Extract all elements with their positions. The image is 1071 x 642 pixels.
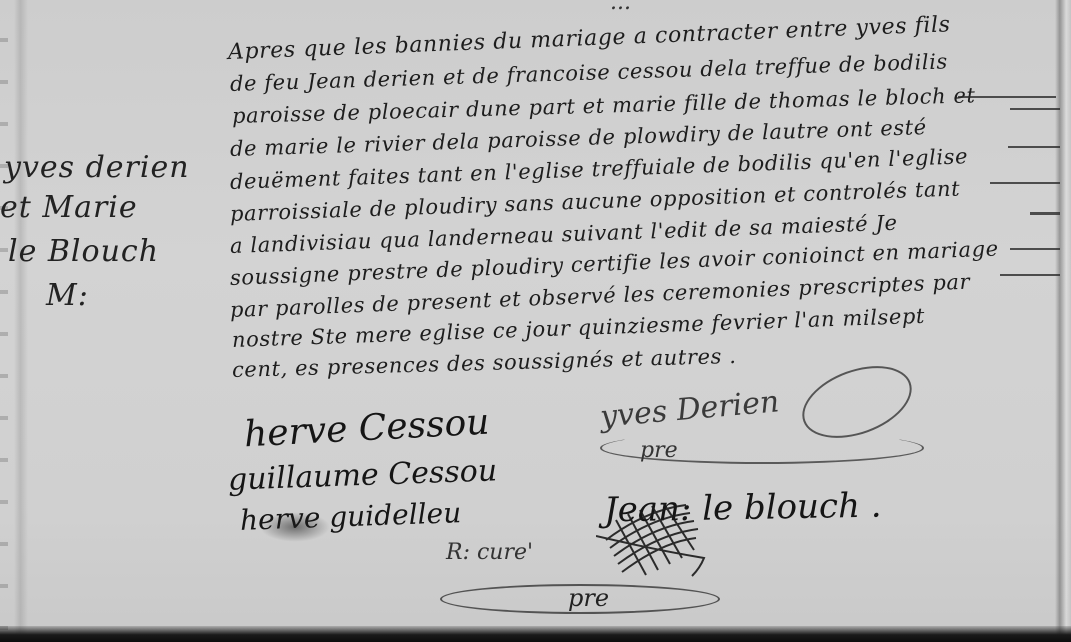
margin-line-3: le Blouch — [8, 234, 159, 269]
page-fold-left — [14, 0, 28, 642]
signature-pre-1: pre — [640, 438, 678, 463]
line-filler-stroke — [1010, 108, 1060, 110]
margin-line-2: et Marie — [0, 190, 138, 225]
line-filler-stroke — [1030, 212, 1060, 215]
signature-cure: R: cure' — [446, 540, 533, 565]
line-filler-stroke — [958, 96, 1056, 98]
cut-off-heading-text: ... — [610, 0, 631, 15]
margin-line-4: M: — [46, 278, 89, 313]
crosshatch-mark-icon — [596, 500, 706, 580]
signature-herve-cessou: herve Cessou — [243, 402, 490, 456]
line-filler-stroke — [1010, 248, 1060, 250]
signature-guillaume-cessou: guillaume Cessou — [227, 453, 497, 497]
book-bottom-edge — [0, 626, 1071, 642]
signature-pre-2: pre — [568, 584, 609, 612]
page-binding-edge-right — [1055, 0, 1071, 642]
signature-yves-derien: yves Derien — [599, 384, 781, 435]
manuscript-page: ... yves derien et Marie le Blouch M: Ap… — [0, 0, 1071, 642]
line-filler-stroke — [990, 182, 1060, 184]
adjacent-page-edge-marks — [0, 0, 8, 642]
line-filler-stroke — [1000, 274, 1060, 276]
line-filler-stroke — [1008, 146, 1060, 148]
body-line-11: cent, es presences des soussignés et aut… — [232, 344, 737, 382]
margin-line-1: yves derien — [4, 150, 190, 185]
ink-smudge — [260, 512, 330, 542]
